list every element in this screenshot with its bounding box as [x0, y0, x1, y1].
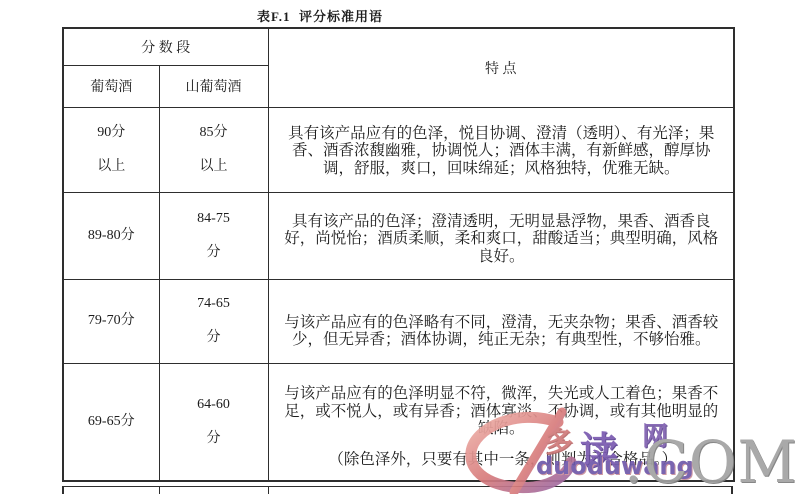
score-mountain-wine: 85分 以上: [159, 107, 268, 192]
table-continuation-row: [62, 486, 733, 494]
column-divider: [268, 487, 269, 494]
scoring-table: 分 数 段 特 点 葡萄酒 山葡萄酒 90分 以上 85分 以上 具有该产品应有…: [62, 27, 735, 482]
score-grape-wine: 90分 以上: [63, 107, 159, 192]
table-row: 79-70分 74-65 分 与该产品应有的色泽略有不同，澄清，无夹杂物；果香、…: [63, 279, 734, 363]
column-divider: [159, 487, 160, 494]
score-mountain-wine: 64-60 分: [159, 363, 268, 481]
header-grape-wine: 葡萄酒: [63, 65, 159, 107]
table-row: 69-65分 64-60 分 与该产品应有的色泽明显不符，微浑，失光或人工着色；…: [63, 363, 734, 481]
score-grape-wine: 79-70分: [63, 279, 159, 363]
score-mountain-wine: 74-65 分: [159, 279, 268, 363]
feature-note: （除色泽外，只要有其中一条，则判为不合格品。）: [278, 451, 726, 469]
header-score-range: 分 数 段: [63, 28, 268, 65]
table-title: 表F.1 评分标准用语: [257, 6, 383, 25]
feature-text: 与该产品应有的色泽明显不符，微浑，失光或人工着色；果香不足，或不悦人，或有异香；…: [278, 385, 726, 438]
feature-text: 与该产品应有的色泽略有不同，澄清，无夹杂物；果香、酒香较少，但无异香；酒体协调，…: [268, 279, 734, 363]
header-mountain-grape-wine: 山葡萄酒: [159, 65, 268, 107]
feature-cell: 与该产品应有的色泽明显不符，微浑，失光或人工着色；果香不足，或不悦人，或有异香；…: [268, 363, 734, 481]
table-row: 90分 以上 85分 以上 具有该产品应有的色泽，悦目协调、澄清（透明）、有光泽…: [63, 107, 734, 192]
header-feature: 特 点: [268, 28, 734, 107]
score-grape-wine: 69-65分: [63, 363, 159, 481]
score-mountain-wine: 84-75 分: [159, 192, 268, 279]
feature-text: 具有该产品的色泽；澄清透明，无明显悬浮物，果香、酒香良好，尚悦怡；酒质柔顺，柔和…: [268, 192, 734, 279]
score-grape-wine: 89-80分: [63, 192, 159, 279]
feature-text: 具有该产品应有的色泽，悦目协调、澄清（透明）、有光泽；果香、酒香浓馥幽雅，协调悦…: [268, 107, 734, 192]
table-row: 89-80分 84-75 分 具有该产品的色泽；澄清透明，无明显悬浮物，果香、酒…: [63, 192, 734, 279]
